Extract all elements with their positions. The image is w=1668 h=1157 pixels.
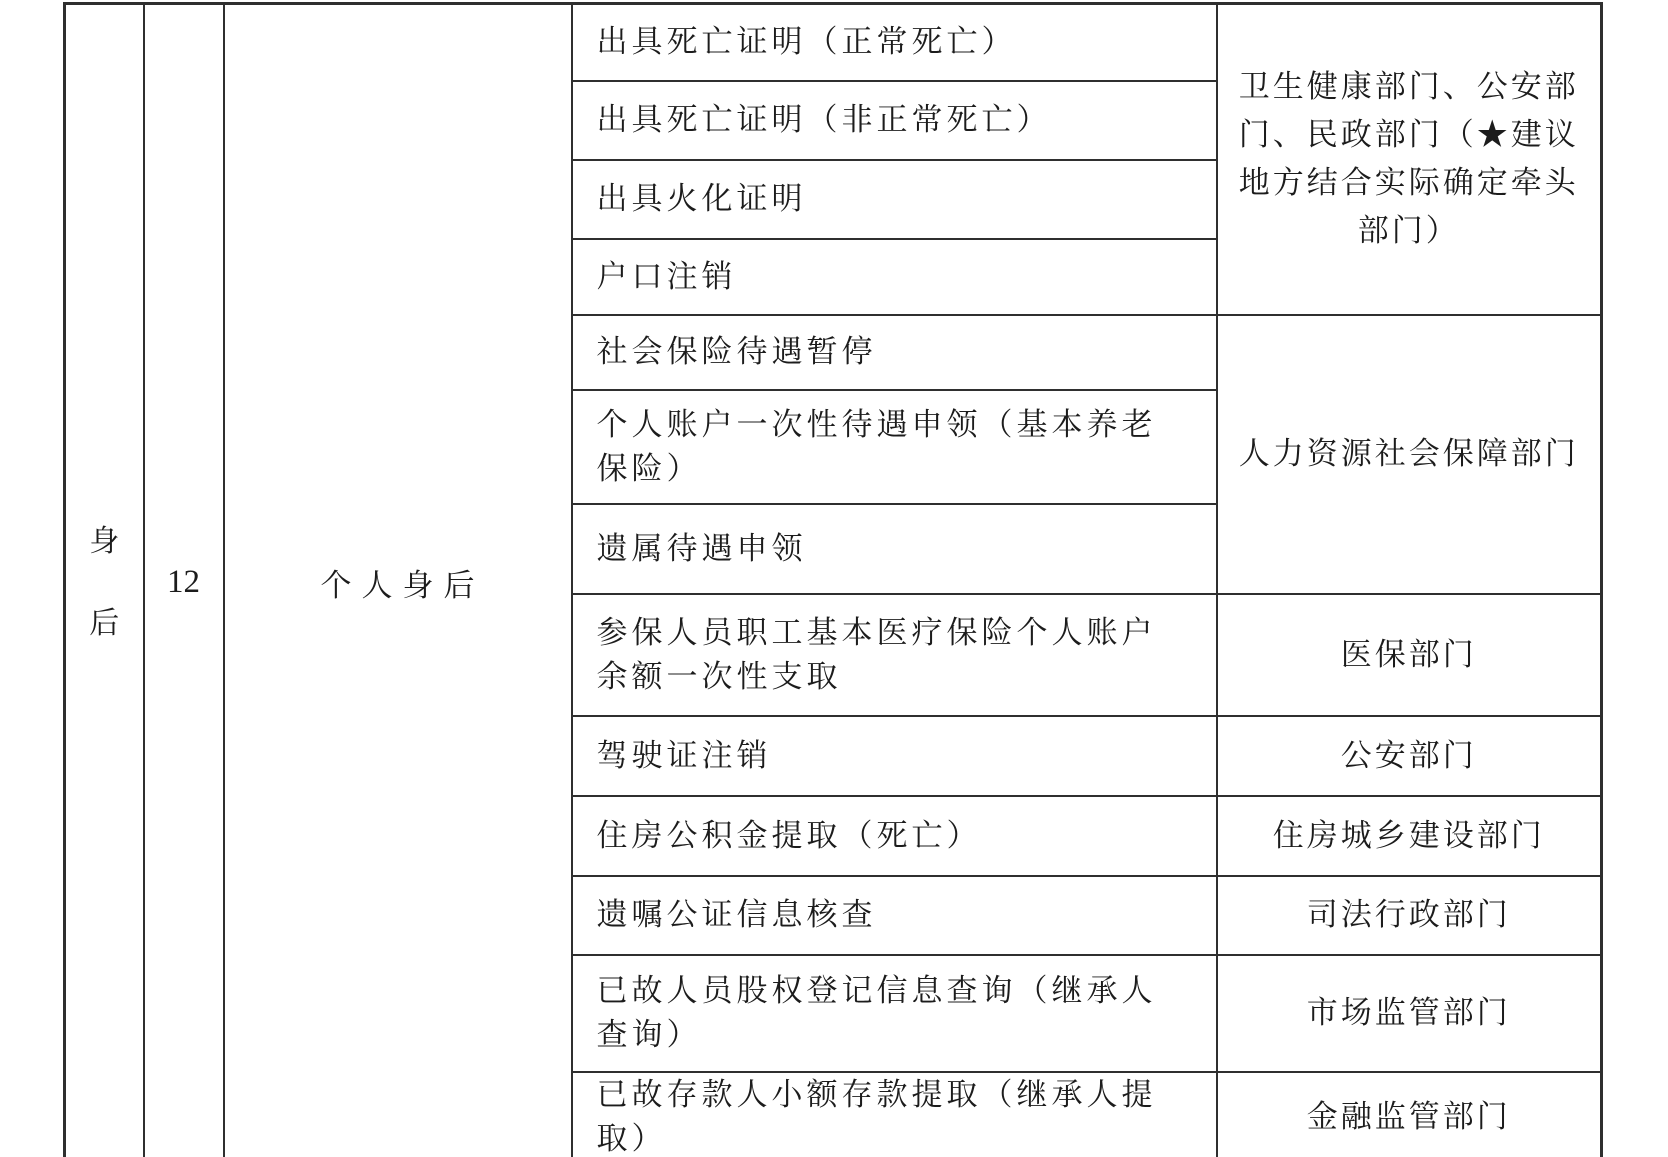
service-cell: 个人账户一次性待遇申领（基本养老 保险）: [572, 390, 1217, 504]
serial-number-cell: 12: [144, 4, 224, 1157]
service-cell: 遗嘱公证信息核查: [572, 876, 1217, 955]
table-row: 身 后 12 个人身后 出具死亡证明（正常死亡） 卫生健康部门、公安部 门、民政…: [65, 4, 1602, 81]
service-cell: 遗属待遇申领: [572, 504, 1217, 594]
service-cell: 住房公积金提取（死亡）: [572, 796, 1217, 876]
service-cell: 已故存款人小额存款提取（继承人提取）: [572, 1072, 1217, 1157]
service-cell: 出具火化证明: [572, 160, 1217, 239]
department-cell: 卫生健康部门、公安部 门、民政部门（★建议 地方结合实际确定牵头 部门）: [1217, 4, 1602, 315]
department-cell: 金融监管部门: [1217, 1072, 1602, 1157]
department-cell: 人力资源社会保障部门: [1217, 315, 1602, 594]
scene-name-cell: 个人身后: [224, 4, 572, 1157]
department-cell: 公安部门: [1217, 716, 1602, 796]
department-cell: 住房城乡建设部门: [1217, 796, 1602, 876]
service-cell: 户口注销: [572, 239, 1217, 315]
department-cell: 司法行政部门: [1217, 876, 1602, 955]
service-cell: 出具死亡证明（正常死亡）: [572, 4, 1217, 81]
category-cell: 身 后: [65, 4, 144, 1157]
department-cell: 医保部门: [1217, 594, 1602, 716]
service-cell: 驾驶证注销: [572, 716, 1217, 796]
document-page: { "page": { "background": "#ffffff" }, "…: [0, 0, 1668, 1157]
service-cell: 已故人员股权登记信息查询（继承人 查询）: [572, 955, 1217, 1072]
department-cell: 市场监管部门: [1217, 955, 1602, 1072]
service-cell: 社会保险待遇暂停: [572, 315, 1217, 390]
document-table: 身 后 12 个人身后 出具死亡证明（正常死亡） 卫生健康部门、公安部 门、民政…: [63, 2, 1603, 1157]
service-cell: 出具死亡证明（非正常死亡）: [572, 81, 1217, 160]
service-cell: 参保人员职工基本医疗保险个人账户 余额一次性支取: [572, 594, 1217, 716]
